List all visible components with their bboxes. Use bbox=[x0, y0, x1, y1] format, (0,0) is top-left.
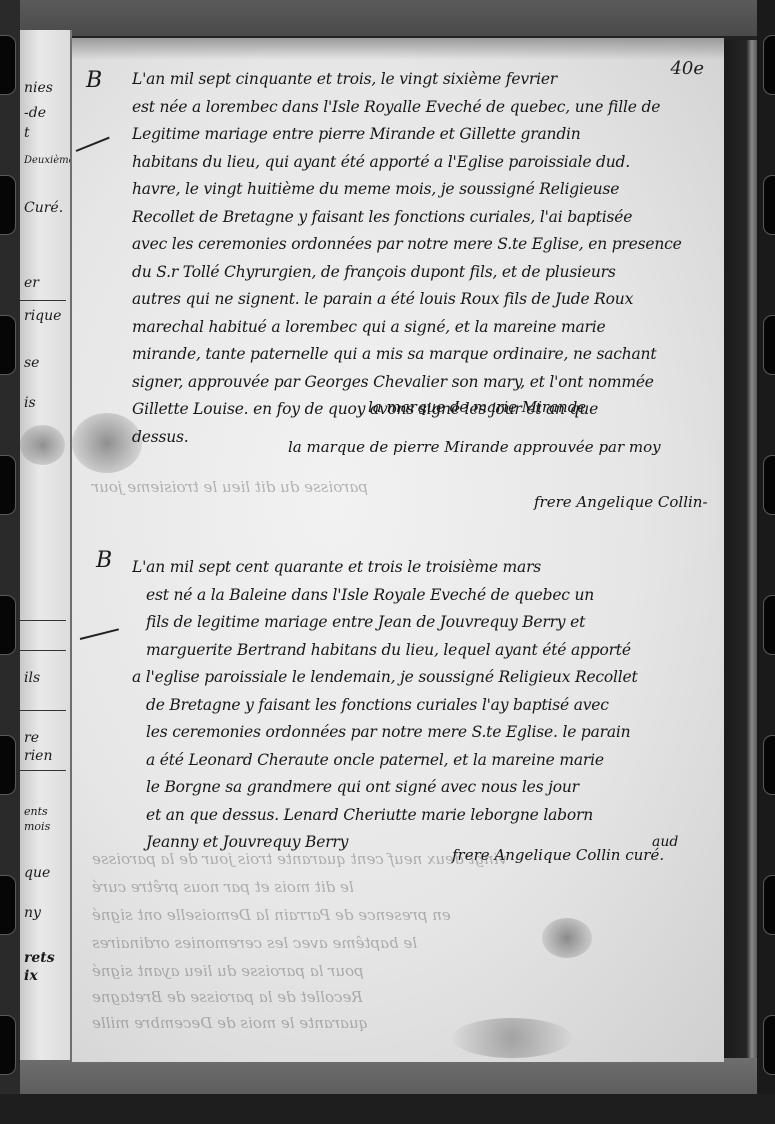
sprocket-hole bbox=[763, 315, 775, 375]
margin-fragment: ents bbox=[24, 805, 48, 818]
baptism-margin-mark: B bbox=[96, 548, 112, 573]
margin-rule bbox=[20, 770, 66, 771]
margin-fragment: nies bbox=[24, 80, 53, 96]
microfilm-frame: nies -de t Deuxième Curé. er rique se is… bbox=[0, 0, 775, 1124]
sprocket-hole bbox=[0, 455, 16, 515]
entry-line: est née a lorembec dans l'Isle Royalle E… bbox=[132, 94, 712, 122]
margin-fragment: ix bbox=[24, 968, 38, 984]
register-page: paroisse du dit lieu le troisieme jour v… bbox=[70, 38, 724, 1062]
scanner-holder-bottom bbox=[20, 1058, 757, 1096]
baptism-margin-mark: B bbox=[86, 68, 102, 93]
entry-line: avec les ceremonies ordonnées par notre … bbox=[132, 231, 712, 259]
bleed-through-text: le baptême avec les ceremonies ordinaire… bbox=[92, 934, 417, 952]
ink-blot bbox=[542, 918, 592, 958]
film-edge-left bbox=[0, 0, 20, 1124]
signature-frere-angelique-collin-cure: frere Angelique Collin curé. bbox=[452, 846, 664, 864]
sprocket-hole bbox=[763, 1015, 775, 1075]
bleed-through-text: en presence de Parrain la Demoiselle ont… bbox=[92, 906, 451, 924]
entry-line: Legitime mariage entre pierre Mirande et… bbox=[132, 121, 712, 149]
margin-fragment: que bbox=[24, 865, 50, 881]
entry-line: marguerite Bertrand habitans du lieu, le… bbox=[132, 637, 712, 665]
margin-fragment: ny bbox=[24, 905, 41, 921]
bleed-through-text: quarante le mois de Decembre mille bbox=[92, 1014, 368, 1032]
register-entry-2: L'an mil sept cent quarante et trois le … bbox=[132, 554, 712, 857]
bleed-through-text: Recollet de la paroisse de Bretagne bbox=[92, 988, 363, 1006]
sprocket-hole bbox=[763, 455, 775, 515]
entry-line: L'an mil sept cent quarante et trois le … bbox=[132, 554, 712, 582]
margin-fragment: er bbox=[24, 275, 39, 291]
sprocket-hole bbox=[0, 35, 16, 95]
signature-mark-pierre-mirande: la marque de pierre Mirande approuvée pa… bbox=[288, 438, 661, 456]
margin-stroke bbox=[76, 137, 110, 152]
signature-mark-marie-mirande: la marque de marie Mirande bbox=[368, 398, 586, 416]
margin-fragment: mois bbox=[24, 820, 50, 833]
margin-fragment: rique bbox=[24, 308, 61, 324]
entry-line: a été Leonard Cheraute oncle paternel, e… bbox=[132, 747, 712, 775]
margin-fragment: ils bbox=[24, 670, 40, 686]
sprocket-hole bbox=[763, 35, 775, 95]
bleed-through-text: pour la paroisse du lieu ayant signé bbox=[92, 962, 364, 980]
entry-line: havre, le vingt huitième du meme mois, j… bbox=[132, 176, 712, 204]
entry-line: du S.r Tollé Chyrurgien, de françois dup… bbox=[132, 259, 712, 287]
margin-fragment: t bbox=[24, 125, 30, 141]
water-stain bbox=[452, 1018, 572, 1058]
sprocket-hole bbox=[0, 735, 16, 795]
entry-line: mirande, tante paternelle qui a mis sa m… bbox=[132, 341, 712, 369]
ink-stain bbox=[20, 425, 65, 465]
entry-line: Recollet de Bretagne y faisant les fonct… bbox=[132, 204, 712, 232]
film-band-bottom bbox=[0, 1094, 775, 1124]
margin-fragment: re bbox=[24, 730, 39, 746]
entry-line: signer, approuvée par Georges Chevalier … bbox=[132, 369, 712, 397]
bleed-through-text: paroisse du dit lieu le troisieme jour bbox=[92, 478, 368, 496]
margin-rule bbox=[20, 300, 66, 301]
sprocket-hole bbox=[763, 875, 775, 935]
entry-line: est né a la Baleine dans l'Isle Royale E… bbox=[132, 582, 712, 610]
book-edge-right bbox=[722, 40, 757, 1070]
margin-fragment: rien bbox=[24, 748, 52, 764]
entry-line: autres qui ne signent. le parain a été l… bbox=[132, 286, 712, 314]
sprocket-hole bbox=[0, 1015, 16, 1075]
margin-rule bbox=[20, 650, 66, 651]
sprocket-hole bbox=[0, 175, 16, 235]
margin-stroke bbox=[80, 628, 119, 640]
margin-rule bbox=[20, 710, 66, 711]
sprocket-hole bbox=[0, 875, 16, 935]
previous-page-edge: nies -de t Deuxième Curé. er rique se is… bbox=[20, 30, 72, 1060]
margin-fragment: Curé. bbox=[24, 200, 63, 216]
entry-line: et an que dessus. Lenard Cheriutte marie… bbox=[132, 802, 712, 830]
signature-frere-angelique-collin: frere Angelique Collin- bbox=[534, 493, 708, 511]
margin-fragment: rets bbox=[24, 950, 55, 966]
entry-line: habitans du lieu, qui ayant été apporté … bbox=[132, 149, 712, 177]
sprocket-hole bbox=[763, 175, 775, 235]
scanner-holder-top bbox=[20, 0, 757, 36]
bleed-through-text: le dit mois et par nous prêtre curé bbox=[92, 878, 354, 896]
margin-fragment: is bbox=[24, 395, 36, 411]
entry-line: de Bretagne y faisant les fonctions curi… bbox=[132, 692, 712, 720]
sprocket-hole bbox=[763, 735, 775, 795]
entry-line: a l'eglise paroissiale le lendemain, je … bbox=[132, 664, 712, 692]
register-entry-1: L'an mil sept cinquante et trois, le vin… bbox=[132, 66, 712, 451]
margin-rule bbox=[20, 620, 66, 621]
margin-fragment: se bbox=[24, 355, 39, 371]
sprocket-hole bbox=[763, 595, 775, 655]
film-edge-right bbox=[757, 0, 775, 1124]
entry-line: fils de legitime mariage entre Jean de J… bbox=[132, 609, 712, 637]
entry-line: L'an mil sept cinquante et trois, le vin… bbox=[132, 66, 712, 94]
margin-fragment: Deuxième bbox=[24, 155, 72, 166]
entry-line: les ceremonies ordonnées par notre mere … bbox=[132, 719, 712, 747]
sprocket-hole bbox=[0, 595, 16, 655]
margin-fragment: -de bbox=[24, 105, 46, 121]
sprocket-hole bbox=[0, 315, 16, 375]
entry-line: le Borgne sa grandmere qui ont signé ave… bbox=[132, 774, 712, 802]
entry-line: marechal habitué a lorembec qui a signé,… bbox=[132, 314, 712, 342]
